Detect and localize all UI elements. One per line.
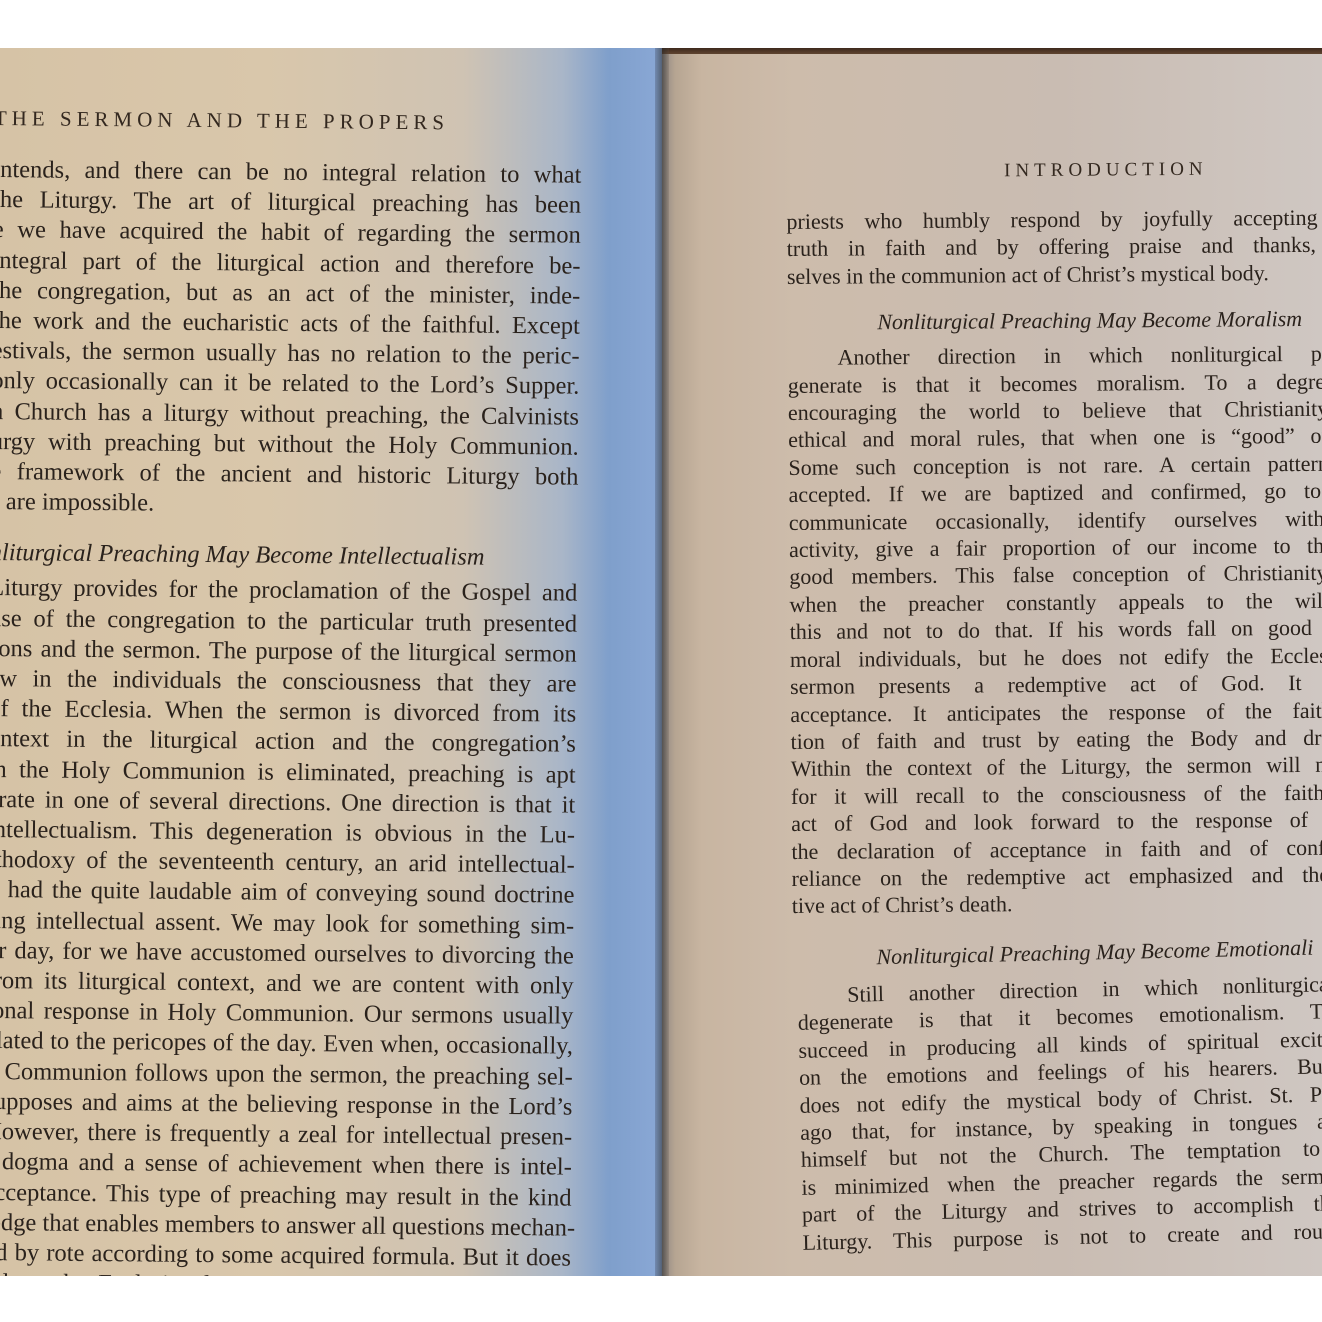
text-line: for it will recall to the consciousness … — [791, 778, 1322, 810]
text-line: Liturgy provides for the proclamation of… — [0, 573, 577, 609]
text-line: acceptance. This type of preaching may r… — [0, 1177, 572, 1213]
text-line: tion of faith and trust by eating the Bo… — [790, 723, 1322, 755]
right-page-content: INTRODUCTION priests who humbly respond … — [786, 157, 1322, 1255]
text-line: act of God and look forward to the respo… — [791, 805, 1322, 837]
right-paragraph-2: Another direction in which nonliturgical… — [787, 340, 1322, 920]
left-subheading: nliturgical Preaching May Become Intelle… — [0, 539, 580, 573]
text-line: selves in the communion act of Christ’s … — [787, 258, 1322, 290]
text-line: priests who humbly respond by joyfully a… — [786, 203, 1322, 235]
text-line: this and not to do that. If his words fa… — [790, 613, 1322, 645]
text-line: ethical and moral rules, that when one i… — [788, 422, 1322, 454]
right-subheading-1: Nonliturgical Preaching May Become Moral… — [877, 306, 1322, 336]
text-line: e we have acquired the habit of regardin… — [0, 215, 581, 251]
book-spine-gutter — [655, 48, 669, 1276]
left-page-content: THE SERMON AND THE PROPERS intends, and … — [0, 106, 584, 1276]
text-line: generate is that it becomes moralism. To… — [788, 367, 1322, 399]
text-line: tive act of Christ’s death. — [792, 888, 1322, 920]
text-line: communicate occasionally, identify ourse… — [789, 504, 1322, 536]
left-paragraph-2: Liturgy provides for the proclamation of… — [0, 573, 579, 1276]
text-line: s are impossible. — [0, 487, 578, 523]
text-line: accepted. If we are baptized and confirm… — [789, 476, 1322, 508]
text-line: Some such conception is not rare. A cert… — [788, 449, 1322, 481]
left-running-head: THE SERMON AND THE PROPERS — [0, 106, 584, 137]
text-line: h had the quite laudable aim of conveyin… — [0, 875, 575, 911]
right-lower-block: Nonliturgical Preaching May Become Emoti… — [796, 933, 1322, 1256]
text-line: activity, give a fair proportion of our … — [789, 531, 1322, 563]
text-line: the declaration of acceptance in faith a… — [791, 833, 1322, 865]
right-subheading-2: Nonliturgical Preaching May Become Emoti… — [876, 933, 1322, 970]
book-photo: THE SERMON AND THE PROPERS intends, and … — [0, 48, 1322, 1276]
text-line: reliance on the redemptive act emphasize… — [792, 860, 1322, 892]
left-page: THE SERMON AND THE PROPERS intends, and … — [0, 48, 662, 1276]
text-line: good members. This false conception of C… — [789, 559, 1322, 591]
text-line: f dogma and a sense of achievement when … — [0, 1147, 572, 1183]
text-line: when the preacher constantly appeals to … — [789, 586, 1322, 618]
right-paragraph-3: Still another direction in which nonlitu… — [797, 969, 1322, 1256]
text-line: ontext in the liturgical action and the … — [0, 724, 576, 760]
right-running-head: INTRODUCTION — [1004, 157, 1322, 182]
text-line: acceptance. It anticipates the response … — [790, 696, 1322, 728]
text-line: encouraging the world to believe that Ch… — [788, 394, 1322, 426]
text-line: only occasionally can it be related to t… — [0, 366, 579, 402]
text-line: truth in faith and by offering praise an… — [787, 231, 1322, 263]
text-line: moral individuals, but he does not edify… — [790, 641, 1322, 673]
text-line: Another direction in which nonliturgical… — [787, 339, 1322, 371]
text-line: elated to the pericopes of the day. Even… — [0, 1026, 573, 1062]
text-line: sermon presents a redemptive act of God.… — [790, 668, 1322, 700]
text-line: Within the context of the Liturgy, the s… — [791, 751, 1322, 783]
right-page: INTRODUCTION priests who humbly respond … — [662, 54, 1322, 1276]
left-paragraph-1: intends, and there can be no integral re… — [0, 155, 584, 523]
right-paragraph-1: priests who humbly respond by joyfully a… — [786, 203, 1322, 290]
